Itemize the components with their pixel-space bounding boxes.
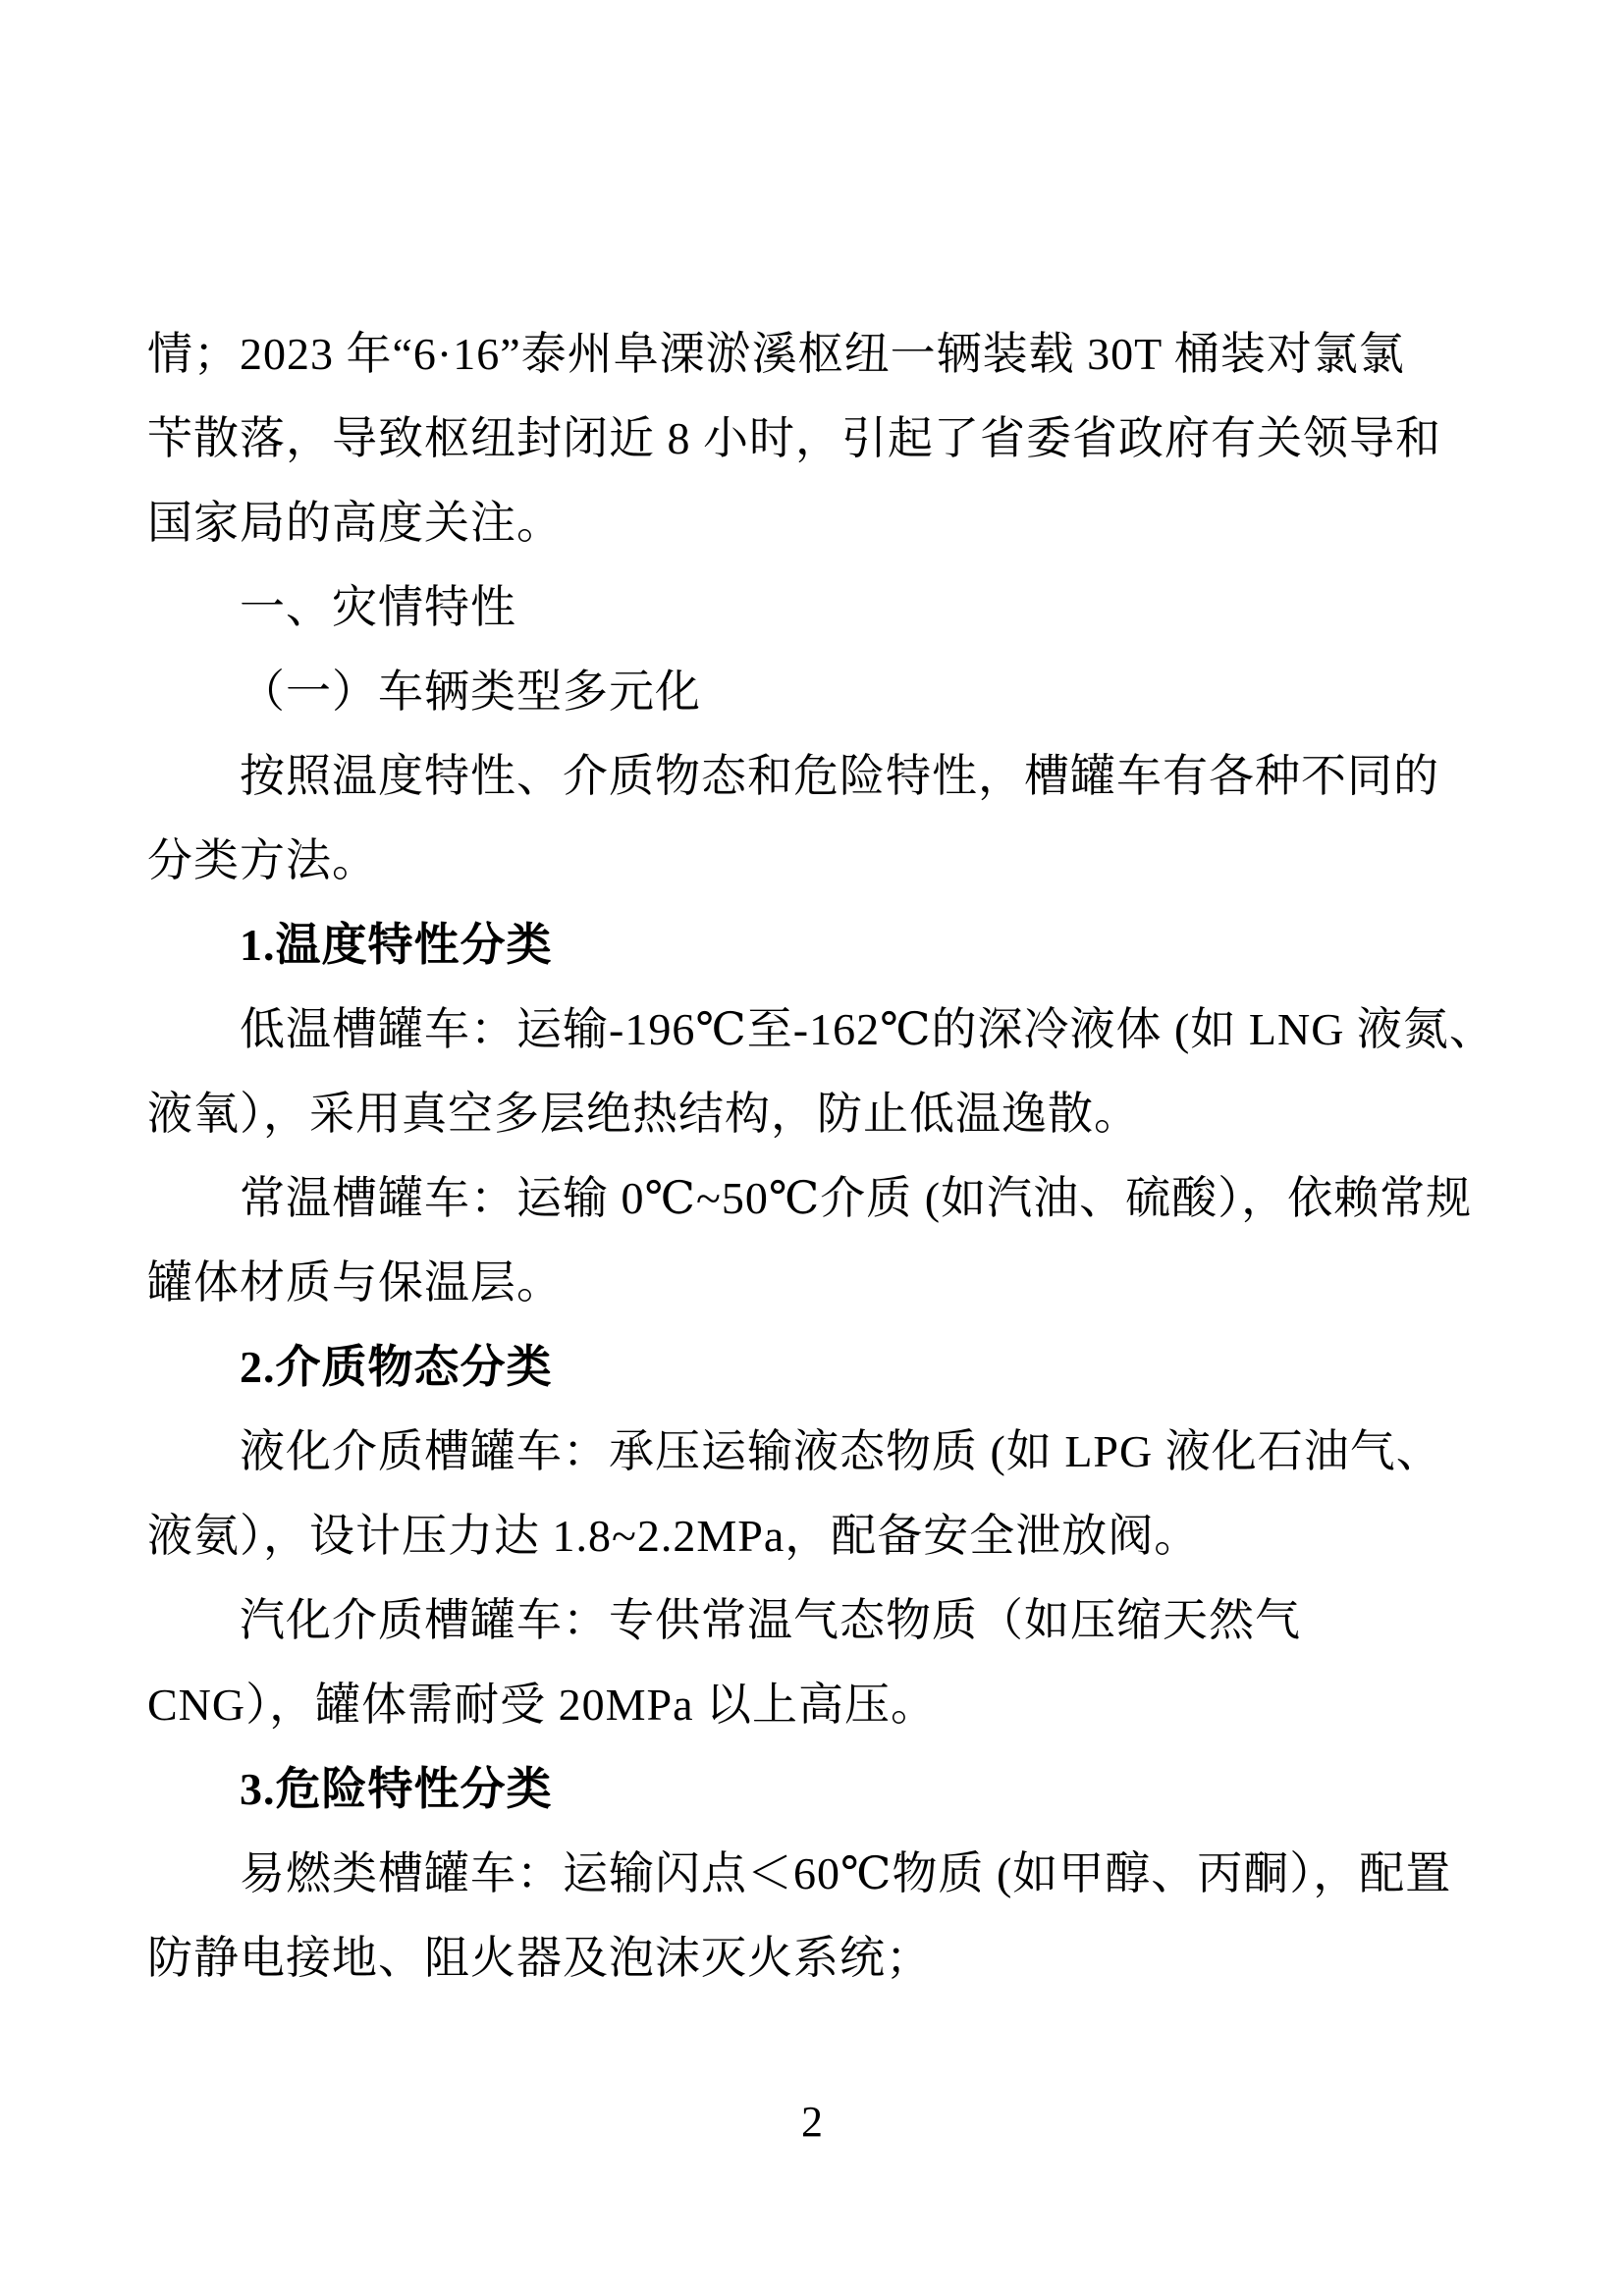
page-number: 2 — [0, 2097, 1624, 2148]
text-line: 1.温度特性分类 — [147, 903, 1481, 988]
text-line: （一）车辆类型多元化 — [147, 650, 1481, 734]
paragraph-body: 汽化介质槽罐车：专供常温气态物质（如压缩天然气CNG），罐体需耐受 20MPa … — [147, 1578, 1481, 1747]
text-line: 情；2023 年“6·16”泰州阜溧淤溪枢纽一辆装载 30T 桶装对氯氯 — [147, 312, 1481, 397]
text-line: 汽化介质槽罐车：专供常温气态物质（如压缩天然气 — [147, 1578, 1481, 1663]
text-line: 液氨），设计压力达 1.8~2.2MPa，配备安全泄放阀。 — [147, 1494, 1481, 1578]
text-line: 3.危险特性分类 — [147, 1747, 1481, 1832]
text-line: 一、灾情特性 — [147, 565, 1481, 650]
paragraph-heading-numbered: 3.危险特性分类 — [147, 1747, 1481, 1832]
paragraph-heading-numbered: 2.介质物态分类 — [147, 1325, 1481, 1410]
paragraph-body: 常温槽罐车：运输 0℃~50℃介质 (如汽油、硫酸），依赖常规罐体材质与保温层。 — [147, 1156, 1481, 1325]
text-line: 易燃类槽罐车：运输闪点＜60℃物质 (如甲醇、丙酮），配置 — [147, 1832, 1481, 1916]
text-line: 低温槽罐车：运输-196℃至-162℃的深冷液体 (如 LNG 液氮、 — [147, 988, 1481, 1072]
text-line: 防静电接地、阻火器及泡沫灭火系统； — [147, 1916, 1481, 2001]
text-line: 液氧），采用真空多层绝热结构，防止低温逸散。 — [147, 1072, 1481, 1156]
paragraph-body: 情；2023 年“6·16”泰州阜溧淤溪枢纽一辆装载 30T 桶装对氯氯苄散落，… — [147, 312, 1481, 565]
text-line: 罐体材质与保温层。 — [147, 1241, 1481, 1325]
text-line: 按照温度特性、介质物态和危险特性，槽罐车有各种不同的 — [147, 734, 1481, 819]
text-line: 常温槽罐车：运输 0℃~50℃介质 (如汽油、硫酸），依赖常规 — [147, 1156, 1481, 1241]
paragraph-heading-level2: （一）车辆类型多元化 — [147, 650, 1481, 734]
paragraph-body: 低温槽罐车：运输-196℃至-162℃的深冷液体 (如 LNG 液氮、液氧），采… — [147, 988, 1481, 1156]
paragraph-heading-level1: 一、灾情特性 — [147, 565, 1481, 650]
text-line: 苄散落，导致枢纽封闭近 8 小时，引起了省委省政府有关领导和 — [147, 397, 1481, 481]
text-line: 2.介质物态分类 — [147, 1325, 1481, 1410]
paragraph-body: 按照温度特性、介质物态和危险特性，槽罐车有各种不同的分类方法。 — [147, 734, 1481, 903]
paragraph-body: 液化介质槽罐车：承压运输液态物质 (如 LPG 液化石油气、液氨），设计压力达 … — [147, 1410, 1481, 1578]
text-line: 分类方法。 — [147, 819, 1481, 903]
text-line: 国家局的高度关注。 — [147, 481, 1481, 565]
paragraph-heading-numbered: 1.温度特性分类 — [147, 903, 1481, 988]
page-body-text: 情；2023 年“6·16”泰州阜溧淤溪枢纽一辆装载 30T 桶装对氯氯苄散落，… — [147, 312, 1481, 2001]
text-line: 液化介质槽罐车：承压运输液态物质 (如 LPG 液化石油气、 — [147, 1410, 1481, 1494]
text-line: CNG），罐体需耐受 20MPa 以上高压。 — [147, 1663, 1481, 1747]
paragraph-body: 易燃类槽罐车：运输闪点＜60℃物质 (如甲醇、丙酮），配置防静电接地、阻火器及泡… — [147, 1832, 1481, 2001]
document-page: 情；2023 年“6·16”泰州阜溧淤溪枢纽一辆装载 30T 桶装对氯氯苄散落，… — [0, 0, 1624, 2296]
